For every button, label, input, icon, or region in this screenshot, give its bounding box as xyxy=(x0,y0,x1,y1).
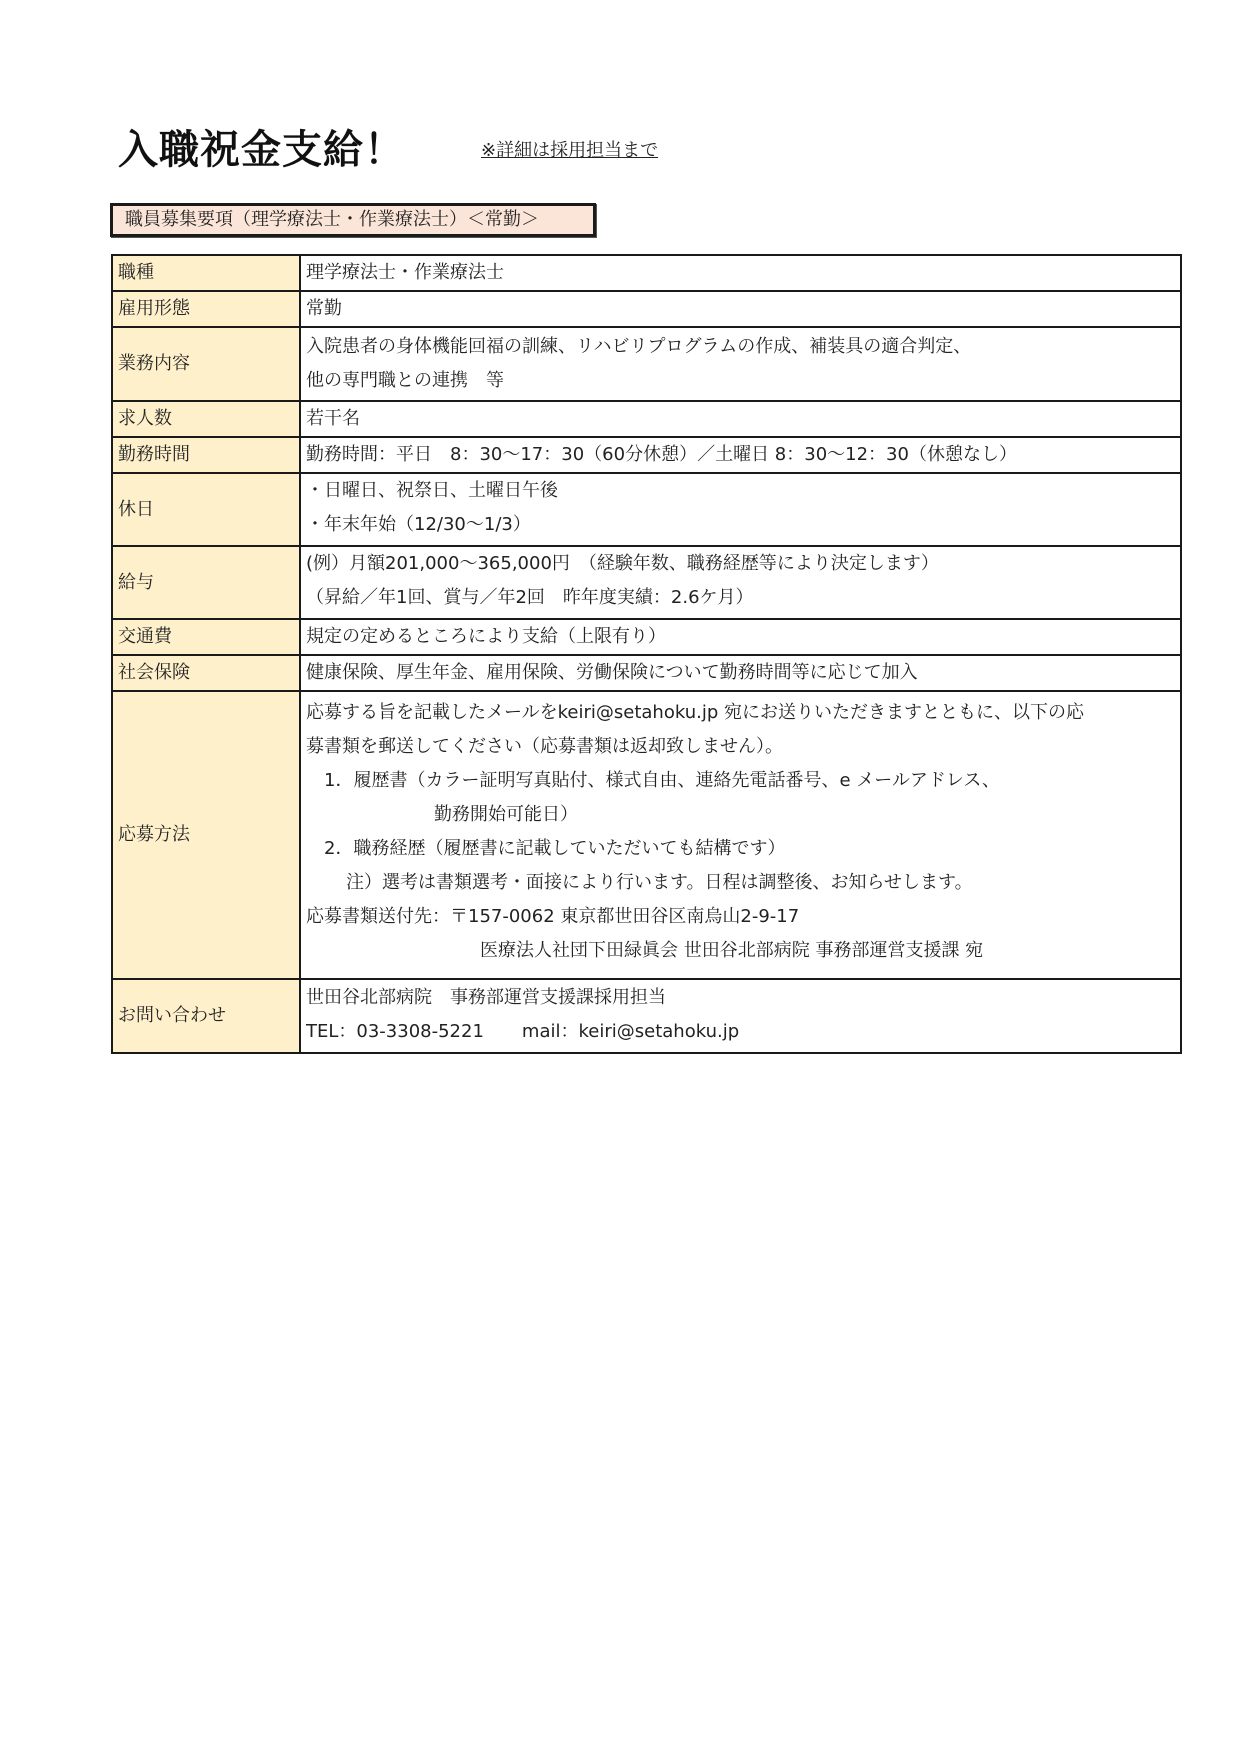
row-value: 健康保険、厚生年金、雇用保険、労働保険について勤務時間等に応じて加入 xyxy=(300,655,1181,691)
email-address: mail：keiri@setahoku.jp xyxy=(522,1021,739,1042)
value-line: （昇給／年1回、賞与／年2回 昨年度実績：2.6ケ月） xyxy=(306,581,1175,615)
row-value: 理学療法士・作業療法士 xyxy=(300,255,1181,291)
row-value: 常勤 xyxy=(300,291,1181,327)
row-label: 勤務時間 xyxy=(112,437,300,473)
row-label: 休日 xyxy=(112,473,300,546)
table-row-how-to-apply: 応募方法 応募する旨を記載したメールをkeiri@setahoku.jp 宛にお… xyxy=(112,691,1181,979)
row-value: 勤務時間：平日 8：30～17：30（60分休憩）／土曜日 8：30～12：30… xyxy=(300,437,1181,473)
value-line: 若干名 xyxy=(306,402,1175,436)
value-line: 世田谷北部病院 事務部運営支援課採用担当 xyxy=(306,981,1175,1015)
row-value: 世田谷北部病院 事務部運営支援課採用担当 TEL：03-3308-5221mai… xyxy=(300,979,1181,1053)
row-value: ・日曜日、祝祭日、土曜日午後 ・年末年始（12/30～1/3） xyxy=(300,473,1181,546)
row-label: 求人数 xyxy=(112,401,300,437)
page-headline: 入職祝金支給！ xyxy=(118,118,405,175)
phone-number: TEL：03-3308-5221 xyxy=(306,1021,484,1042)
value-line: 注）選考は書類選考・面接により行います。日程は調整後、お知らせします。 xyxy=(306,866,1175,900)
row-label: 応募方法 xyxy=(112,691,300,979)
value-line: 入院患者の身体機能回福の訓練、リハビリプログラムの作成、補装具の適合判定、 xyxy=(306,330,1175,364)
value-line: ・年末年始（12/30～1/3） xyxy=(306,508,1175,542)
contact-line: TEL：03-3308-5221mail：keiri@setahoku.jp xyxy=(306,1015,1175,1049)
table-row-openings: 求人数 若干名 xyxy=(112,401,1181,437)
table-row-transportation: 交通費 規定の定めるところにより支給（上限有り） xyxy=(112,619,1181,655)
row-value: 入院患者の身体機能回福の訓練、リハビリプログラムの作成、補装具の適合判定、 他の… xyxy=(300,327,1181,401)
value-line: 応募する旨を記載したメールをkeiri@setahoku.jp 宛にお送りいただ… xyxy=(306,696,1175,730)
value-line: 医療法人社団下田緑眞会 世田谷北部病院 事務部運営支援課 宛 xyxy=(306,934,1175,968)
value-line: 規定の定めるところにより支給（上限有り） xyxy=(306,620,1175,654)
row-label: 雇用形態 xyxy=(112,291,300,327)
row-value: 応募する旨を記載したメールをkeiri@setahoku.jp 宛にお送りいただ… xyxy=(300,691,1181,979)
value-line: (例）月額201,000～365,000円 （経験年数、職務経歴等により決定しま… xyxy=(306,547,1175,581)
row-label: お問い合わせ xyxy=(112,979,300,1053)
table-row-working-hours: 勤務時間 勤務時間：平日 8：30～17：30（60分休憩）／土曜日 8：30～… xyxy=(112,437,1181,473)
table-row-social-insurance: 社会保険 健康保険、厚生年金、雇用保険、労働保険について勤務時間等に応じて加入 xyxy=(112,655,1181,691)
row-value: 若干名 xyxy=(300,401,1181,437)
value-line: 勤務時間：平日 8：30～17：30（60分休憩）／土曜日 8：30～12：30… xyxy=(306,438,1175,472)
value-line: 健康保険、厚生年金、雇用保険、労働保険について勤務時間等に応じて加入 xyxy=(306,656,1175,690)
row-value: (例）月額201,000～365,000円 （経験年数、職務経歴等により決定しま… xyxy=(300,546,1181,619)
value-line: 2．職務経歴（履歴書に記載していただいても結構です） xyxy=(306,832,1175,866)
table-row-duties: 業務内容 入院患者の身体機能回福の訓練、リハビリプログラムの作成、補装具の適合判… xyxy=(112,327,1181,401)
value-line: ・日曜日、祝祭日、土曜日午後 xyxy=(306,474,1175,508)
row-label: 職種 xyxy=(112,255,300,291)
row-label: 社会保険 xyxy=(112,655,300,691)
value-line: 1．履歴書（カラー証明写真貼付、様式自由、連絡先電話番号、e メールアドレス、 xyxy=(306,764,1175,798)
row-value: 規定の定めるところにより支給（上限有り） xyxy=(300,619,1181,655)
row-label: 給与 xyxy=(112,546,300,619)
value-line: 募書類を郵送してください（応募書類は返却致しません）。 xyxy=(306,730,1175,764)
value-line: 理学療法士・作業療法士 xyxy=(306,256,1175,290)
row-label: 業務内容 xyxy=(112,327,300,401)
section-title: 職員募集要項（理学療法士・作業療法士）＜常勤＞ xyxy=(110,203,596,237)
table-row-inquiries: お問い合わせ 世田谷北部病院 事務部運営支援課採用担当 TEL：03-3308-… xyxy=(112,979,1181,1053)
value-line: 応募書類送付先：〒157-0062 東京都世田谷区南烏山2-9-17 xyxy=(306,900,1175,934)
value-line: 他の専門職との連携 等 xyxy=(306,364,1175,398)
row-label: 交通費 xyxy=(112,619,300,655)
table-row-salary: 給与 (例）月額201,000～365,000円 （経験年数、職務経歴等により決… xyxy=(112,546,1181,619)
recruitment-table: 職種 理学療法士・作業療法士 雇用形態 常勤 業務内容 入院患者の身体機能回福の… xyxy=(111,254,1182,1054)
details-note: ※詳細は採用担当まで xyxy=(481,136,658,162)
table-row-holidays: 休日 ・日曜日、祝祭日、土曜日午後 ・年末年始（12/30～1/3） xyxy=(112,473,1181,546)
value-line: 常勤 xyxy=(306,292,1175,326)
table-row-job-type: 職種 理学療法士・作業療法士 xyxy=(112,255,1181,291)
table-row-employment-type: 雇用形態 常勤 xyxy=(112,291,1181,327)
value-line: 勤務開始可能日） xyxy=(306,798,1175,832)
